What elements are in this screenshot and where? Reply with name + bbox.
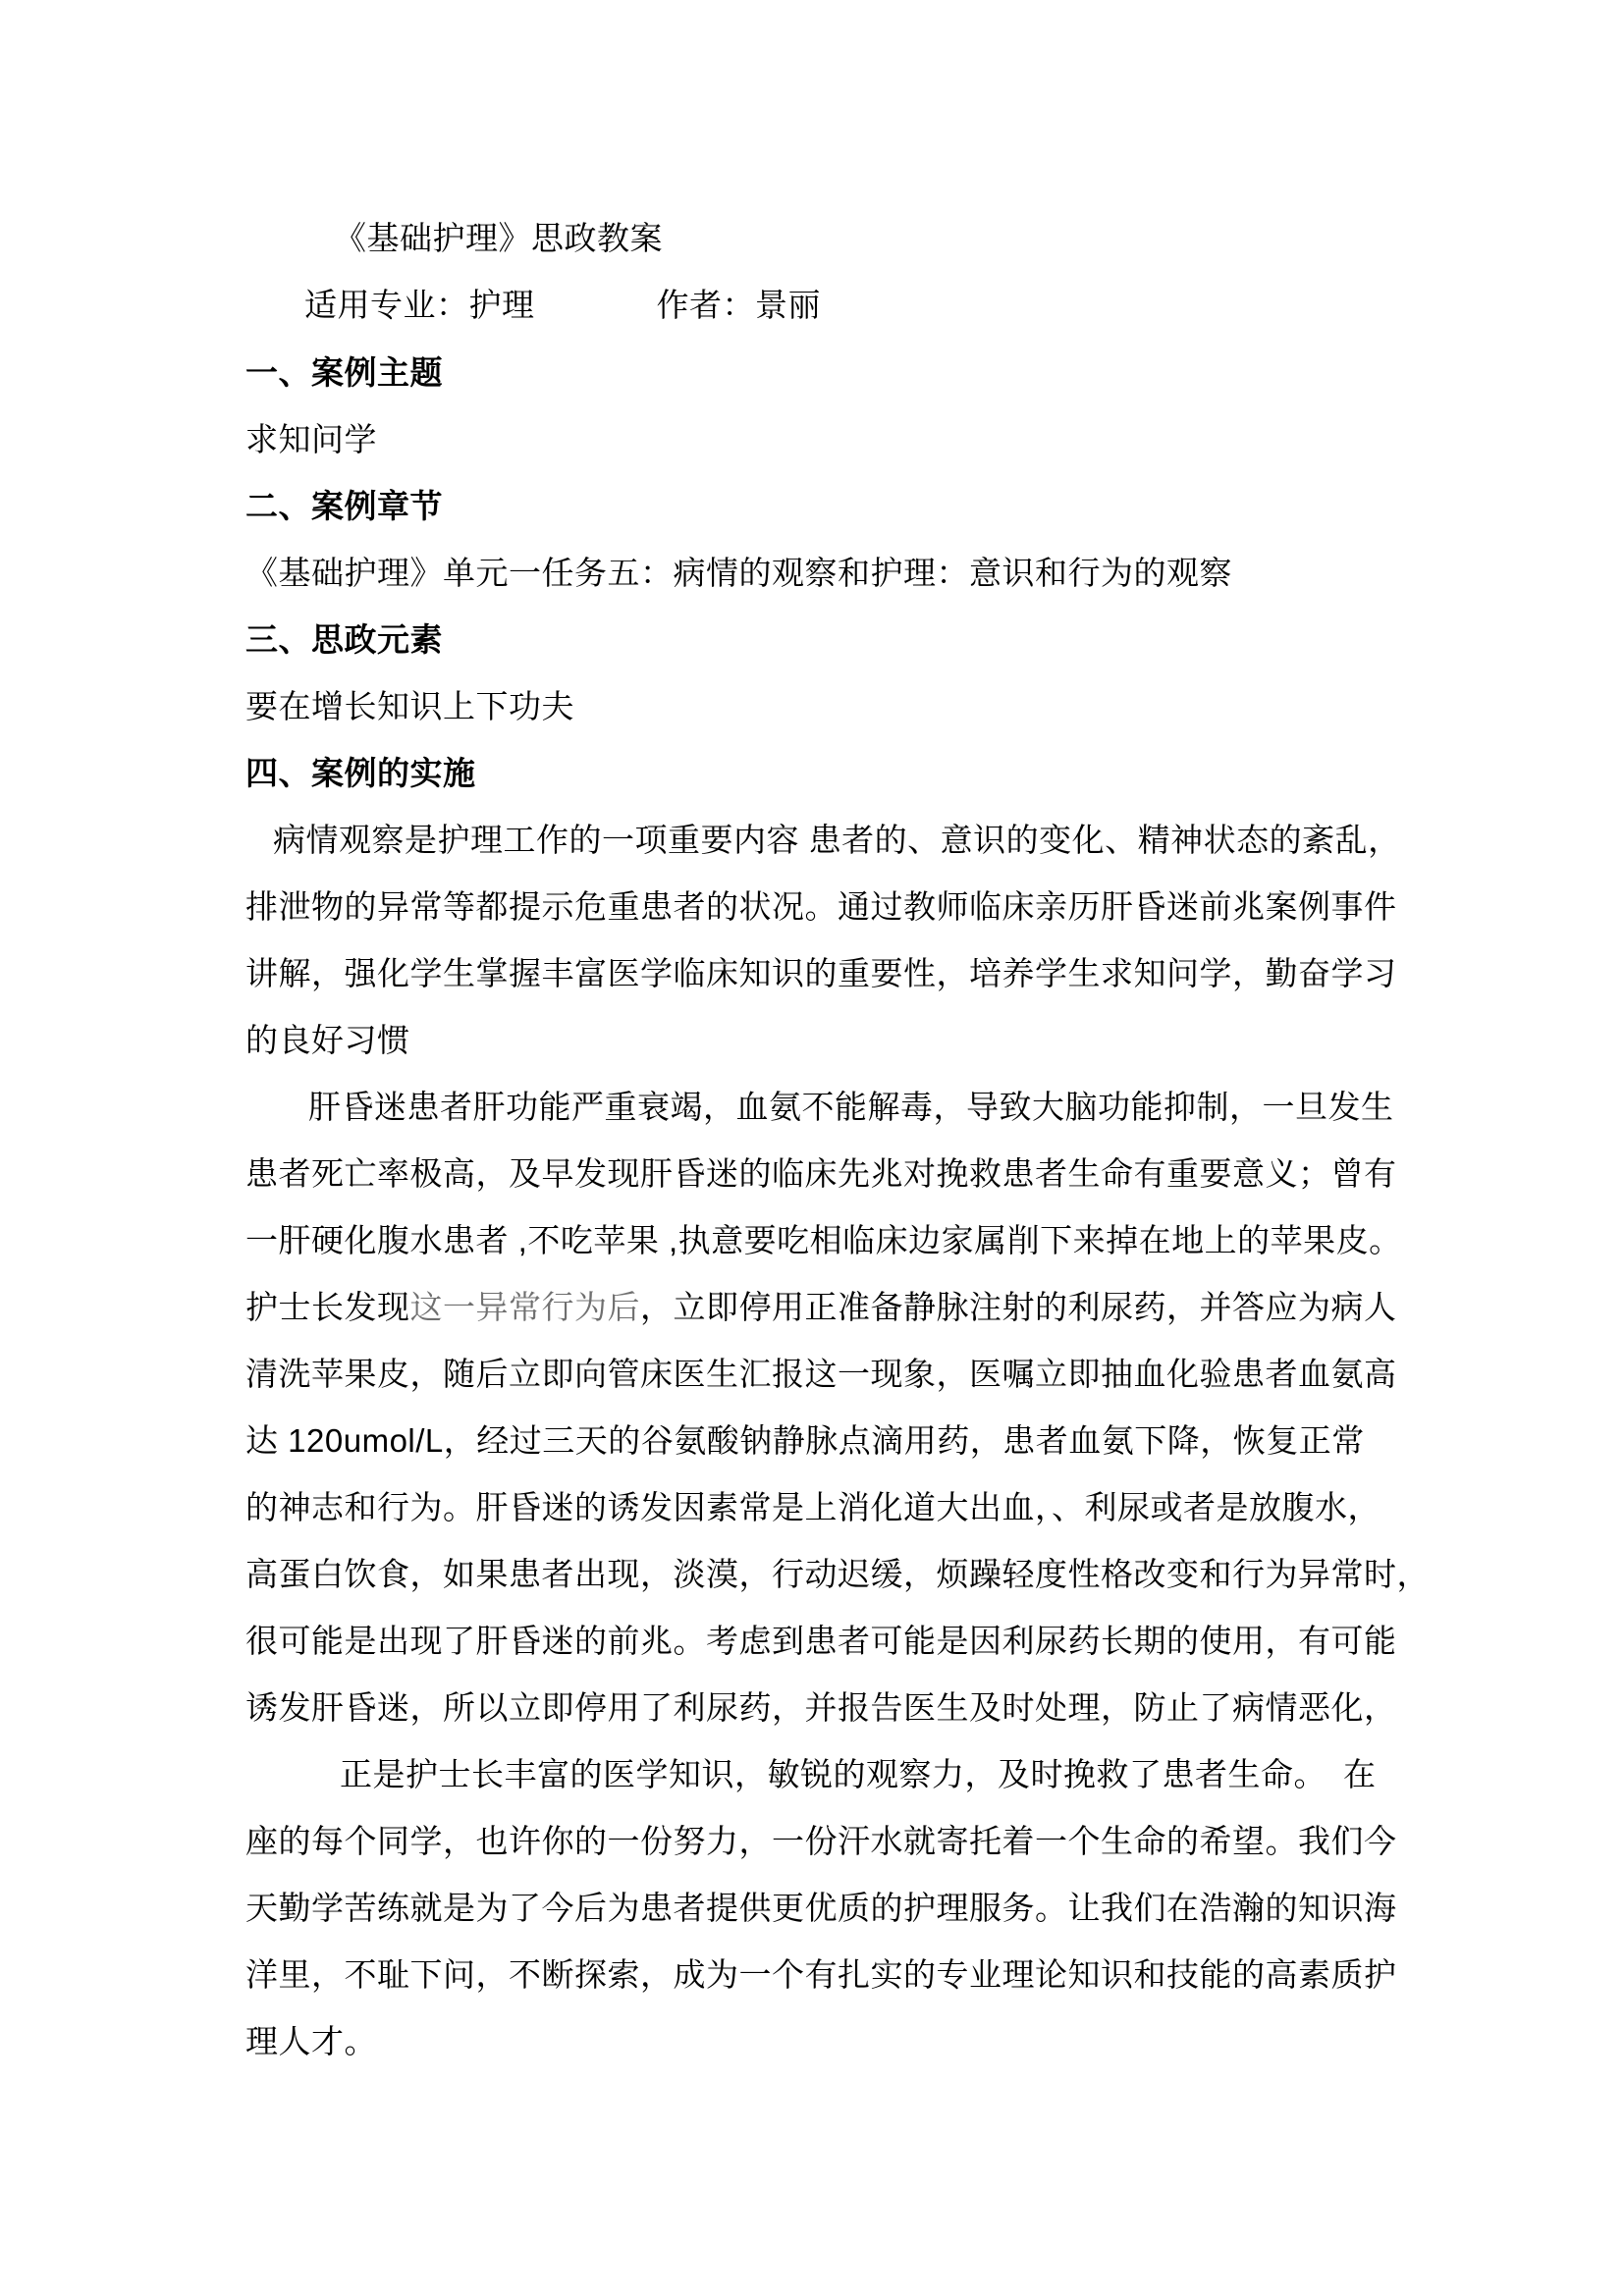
body-line: 清洗苹果皮，随后立即向管床医生汇报这一现象，医嘱立即抽血化验患者血氨高 bbox=[245, 1341, 1389, 1408]
byline-specialty: 适用专业：护理 bbox=[304, 289, 535, 324]
body-line: 排泄物的异常等都提示危重患者的状况。通过教师临床亲历肝昏迷前兆案例事件 bbox=[245, 874, 1389, 940]
body-line: 病情观察是护理工作的一项重要内容 患者的、意识的变化、精神状态的紊乱， bbox=[245, 807, 1389, 874]
body-line: 座的每个同学，也许你的一份努力，一份汗水就寄托着一个生命的希望。我们今 bbox=[245, 1808, 1389, 1875]
gray-text: 这一异常行为后 bbox=[410, 1289, 641, 1325]
doc-title: 《基础护理》思政教案 bbox=[245, 206, 1389, 273]
body-line: 诱发肝昏迷，所以立即停用了利尿药，并报告医生及时处理，防止了病情恶化， bbox=[245, 1675, 1389, 1741]
body-line: 正是护士长丰富的医学知识，敏锐的观察力，及时挽救了患者生命。 在 bbox=[245, 1741, 1389, 1808]
body-line: 天勤学苦练就是为了今后为患者提供更优质的护理服务。让我们在浩瀚的知识海 bbox=[245, 1875, 1389, 1942]
byline: 适用专业：护理作者：景丽 bbox=[245, 273, 1389, 340]
body-line: 的神志和行为。肝昏迷的诱发因素常是上消化道大出血，、利尿或者是放腹水， bbox=[245, 1474, 1389, 1541]
section-heading-case-implementation: 四、案例的实施 bbox=[245, 740, 1389, 807]
body-line: 高蛋白饮食，如果患者出现，淡漠，行动迟缓，烦躁轻度性格改变和行为异常时， bbox=[245, 1541, 1389, 1608]
body-line: 理人才。 bbox=[245, 2008, 1389, 2075]
body-line: 很可能是出现了肝昏迷的前兆。考虑到患者可能是因利尿药长期的使用，有可能 bbox=[245, 1608, 1389, 1675]
section-heading-ideology-elements: 三、思政元素 bbox=[245, 607, 1389, 673]
section-heading-case-chapter: 二、案例章节 bbox=[245, 473, 1389, 540]
body-line: 《基础护理》单元一任务五：病情的观察和护理：意识和行为的观察 bbox=[245, 540, 1389, 607]
body-text: 护士长发现 bbox=[245, 1289, 410, 1325]
body-line: 达 120umol/L，经过三天的谷氨酸钠静脉点滴用药，患者血氨下降，恢复正常 bbox=[245, 1408, 1389, 1474]
body-line: 求知问学 bbox=[245, 406, 1389, 473]
document-page: 《基础护理》思政教案 适用专业：护理作者：景丽 一、案例主题 求知问学 二、案例… bbox=[245, 206, 1389, 2075]
body-line: 肝昏迷患者肝功能严重衰竭，血氨不能解毒，导致大脑功能抑制，一旦发生 bbox=[245, 1074, 1389, 1141]
body-line: 一肝硬化腹水患者 ,不吃苹果 ,执意要吃相临床边家属削下来掉在地上的苹果皮。 bbox=[245, 1207, 1389, 1274]
section-heading-case-topic: 一、案例主题 bbox=[245, 340, 1389, 406]
body-text: ，立即停用正准备静脉注射的利尿药，并答应为病人 bbox=[640, 1289, 1397, 1325]
body-line: 洋里，不耻下问，不断探索，成为一个有扎实的专业理论知识和技能的高素质护 bbox=[245, 1942, 1389, 2008]
body-line: 患者死亡率极高，及早发现肝昏迷的临床先兆对挽救患者生命有重要意义；曾有 bbox=[245, 1141, 1389, 1207]
body-line: 讲解，强化学生掌握丰富医学临床知识的重要性，培养学生求知问学，勤奋学习 bbox=[245, 940, 1389, 1007]
body-line-with-gray-text: 护士长发现这一异常行为后，立即停用正准备静脉注射的利尿药，并答应为病人 bbox=[245, 1274, 1389, 1341]
body-line: 要在增长知识上下功夫 bbox=[245, 673, 1389, 740]
byline-author: 作者：景丽 bbox=[657, 289, 822, 324]
body-line: 的良好习惯 bbox=[245, 1007, 1389, 1074]
